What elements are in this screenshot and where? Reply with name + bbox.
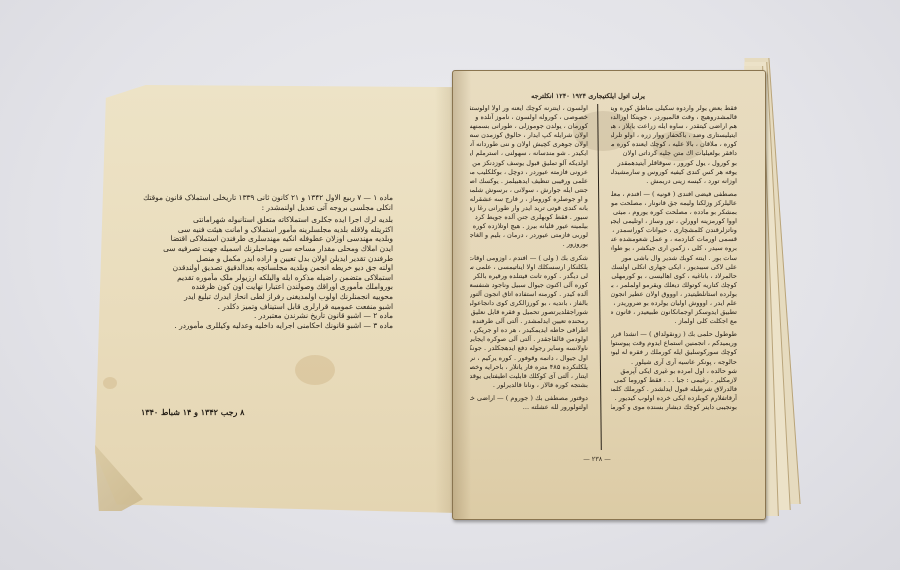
text-line: رمحنده تعیین ایدلمشدر . آلتی آلی طرفنده … xyxy=(470,317,588,326)
text-line: اولنه جق دیو خریطه انجمن وبلدیه مجلساتچه… xyxy=(143,263,393,273)
text-line: ایکیدر . شو مندسانه ، سهولنی ، استرملم ا… xyxy=(470,149,588,158)
paper-stain xyxy=(295,355,335,385)
text-line: بلدیه لرك اجرا ایده جکلری استملاکاته متع… xyxy=(143,215,393,225)
photo-scene: ماده ۱ — ۷ ربیع الاول ۱۳۴۲ و ۲۱ کانون ثا… xyxy=(0,0,900,570)
text-line: کورمان ، یولدن جوموزلی ، طورانی بسمنهسلك xyxy=(470,122,588,131)
page-number: — ۲۳۸ — xyxy=(557,455,637,463)
text-line: ایتنار ، آلتی آی کوکلك قابلیت اطیفتایی ی… xyxy=(470,372,588,381)
text-line: فالدرلاق شرطیله قبول ایدلشدر . کورملك کل… xyxy=(611,385,737,394)
text-line: هم اراضی کیتقدر ، ساوه ایله زراعت یاپلاز… xyxy=(611,122,737,131)
text-line: اووا کورمزینه اوورلن ، تور وساز ، اوتلیم… xyxy=(611,217,737,226)
paragraph: مصطفی فیضی افندی ( قونیه ) — افندم ، معل… xyxy=(611,190,737,326)
text-line: مع اجکلت کلی اولماز . xyxy=(611,317,737,326)
text-line: شوراجقلدیرتصور تحمیل و فقره قابل نعلیق ک… xyxy=(470,308,588,317)
text-line: قالمشدروهیچ ، وقت قالمیوردر ، جوینکا اور… xyxy=(611,113,737,122)
text-line: یلکلنکرده ۴۸۵ متره فار یانلار ، باحرایه … xyxy=(470,363,588,372)
running-header: یرلی اتول ایلکتیجاری ۱۹۲۴ ۱۲۴۰ انکلترجه xyxy=(513,92,663,100)
text-line: بروه سیدر ، کلی ، زکمن اری جیکشر ، بو طو… xyxy=(611,244,737,253)
column-divider xyxy=(597,104,602,450)
text-line: بشتجه کوره قالاز ، ونانا قالدیرلور . xyxy=(470,381,588,390)
text-line: یوفه هر کس کندی کیفیه کوروس و سارمشیدلر … xyxy=(611,168,737,177)
text-line: کوره آلی اکنون جیوال سبیل وناجود شنفسعات… xyxy=(470,281,588,290)
text-line: ناولانسه وسایر رجوله دفع ایدهجکلدر . جون… xyxy=(470,344,588,353)
text-line: وریمیدکم ، انجمنین استماع ایدوم وقت پیوس… xyxy=(611,339,737,348)
text-line: لی دیگدر . کوره تانت فیتنلده ورقیره بالک… xyxy=(470,272,588,281)
paragraph: شکری بك ( ولی ) — افندم ، اوزومی اوقات ب… xyxy=(470,254,588,390)
text-line: اکثریتله ولاقله بلدیه مجلسلرینه مأمور اس… xyxy=(143,225,393,235)
law-article-text: ماده ۱ — ۷ ربیع الاول ۱۳۴۲ و ۲۱ کانون ثا… xyxy=(143,193,393,330)
text-line: بونجیبی داینر کوچك دیشار بسنده موی و کور… xyxy=(611,403,737,412)
text-line: اولودمن قالقاجقدر . آلتی آلی صوکره ایجاب… xyxy=(470,335,588,344)
text-column-right: فقط بعض یولر واردوه سکیلی مناطق کوره ویت… xyxy=(611,104,737,412)
text-line: وبلدیه مهندسی اوزلان عطوفله انکیه مهندسل… xyxy=(143,234,393,244)
text-line: اطرافی حاطه ایدیمکیدر ، هر ده او جریکن م… xyxy=(470,326,588,335)
text-line: ایدن املاك ومحلی مقدار مساحه سی وصاحبلرن… xyxy=(143,244,393,254)
text-line: شکری بك ( ولی ) — افندم ، اوزومی اوقات xyxy=(470,254,588,263)
text-line: شو حالده ، اول امرده بو غیری ایکی آپرمق xyxy=(611,367,737,376)
text-line: اوزانه تورد ، کیسه زینی دریمش . xyxy=(611,177,737,186)
text-line: بیلمینه عیور قلیانه بیرز . هیچ اوتلازده … xyxy=(470,222,588,231)
text-line: حالمرلاد ، باناغیه ، کوی اهالیسی ، بو کو… xyxy=(611,272,737,281)
text-line: ماده ۱ — ۷ ربیع الاول ۱۳۴۲ و ۲۱ کانون ثا… xyxy=(143,193,393,203)
text-line: کوره ، ملاقان ، بالا علیه ، کوچك ایعنده … xyxy=(611,140,737,149)
date-line: ۸ رجب ۱۳۴۲ و ۱۴ شباط ۱۳۴۰ xyxy=(141,407,281,417)
text-line: بمشکر بو مادده ، مصلحت کوره یوروم ، میثی… xyxy=(611,208,737,217)
text-line: علم ایدر ، اوووش اولیان یولرده بو ضرورید… xyxy=(611,299,737,308)
text-line: اولدیکه آلو تملیق قبول یوسف کوزدنکز من ا… xyxy=(470,159,588,168)
text-line: بو کورول ، یول کورور ، سوقاقلر آیتیدهمقد… xyxy=(611,159,737,168)
text-line: بالفاز ، باندیه ، بو کورزالکری کوی دانجا… xyxy=(470,299,588,308)
text-line: بوروزور . xyxy=(470,240,588,249)
paragraph: طوطول حلمی بك ( زونقولداق ) — انشدا قرر … xyxy=(611,330,737,412)
text-line: تطبیق ایدوسکز اوجمانکانون طبیعیدر ، قانو… xyxy=(611,308,737,317)
text-line: انکلی مجلسی بروجه آتی تعدیل اولنمشدر : xyxy=(143,203,393,213)
text-line: بورواملك مأموری اوراقك وصولندن اعتبارا ن… xyxy=(143,282,393,292)
text-line: اولسون ، اینترنه کوچك ایعنه ور اولا اولو… xyxy=(470,104,588,113)
text-line: سیور . فقط کوبهلری جنن آلده جویط کرد xyxy=(470,213,588,222)
text-line: کوچك سورکوسلیق ایله کورملك ر فقره له لیو… xyxy=(611,348,737,357)
text-line: آرقاتفلارم کوبلزده ایکی خرده اولوب کیدیو… xyxy=(611,394,737,403)
text-line: محوییه انجمنلرنك اولوب اولمدیغنی رفراز ل… xyxy=(143,292,393,302)
text-line: بانه کندی قوتی ترید ایدر وار طورانی رغا … xyxy=(470,204,588,213)
text-line: و او جوصلره کوروماز ، ر فارج سه عشقرله xyxy=(470,195,588,204)
gutter-shadow xyxy=(453,71,471,519)
text-line: اولان شرایله کپ ایدار ، حالوق کوزمدن سطو… xyxy=(470,131,588,140)
text-column-left: اولسون ، اینترنه کوچك ایعنه ور اولا اولو… xyxy=(470,104,588,412)
article-3: ماده ۳ — اشبو قانونك احکامنی اجرایه داخل… xyxy=(143,321,393,331)
text-line: فقط بعض یولر واردوه سکیلی مناطق کوره ویت… xyxy=(611,104,737,113)
text-line: خصوصی ، کوروله اولسون ، ناموز آنلده و xyxy=(470,113,588,122)
paper-stain xyxy=(103,377,117,389)
text-line: مصطفی فیضی افندی ( قونیه ) — افندم ، معل… xyxy=(611,190,737,199)
text-line: ایتیلیستاری وضد ، باکحفار ووار زره ، اول… xyxy=(611,131,737,140)
article-2: ماده ۲ — اشبو قانون تاریخ نشرندن معتبردر… xyxy=(143,311,393,321)
text-line: عرونی فازمته عیوردر ، دوچل ، بوکلکلیب مد… xyxy=(470,168,588,177)
right-page: یرلی اتول ایلکتیجاری ۱۹۲۴ ۱۲۴۰ انکلترجه … xyxy=(452,70,766,520)
text-line: طرفندن تقدیر ایدیلن اولان بدل تعیین و ار… xyxy=(143,254,393,264)
text-line: اشبو منفعت عمومیه قرارلری قابل استیناف و… xyxy=(143,302,393,312)
text-line: لازمکلیر . رغیمی : جیا . . . فقط کوروما … xyxy=(611,376,737,385)
text-line: عالیلرکز وزلکنا ولیمه جق قانونار ، مصلحت… xyxy=(611,199,737,208)
text-line: وناتزلرقندن کلمشچاری ، حیوانات کوراسمدر … xyxy=(611,226,737,235)
text-line: دوقتور مصطفی بك ( جوروم ) — اراضی خانه ج… xyxy=(470,394,588,403)
text-line: اولتولورور لله عشلته ... xyxy=(470,403,588,412)
text-line: اولان جوهری کچیش اولان و ننی طوردانه آنل… xyxy=(470,140,588,149)
text-line: دافقر بولعیلیات اك متن جلیه کرداتی اولان xyxy=(611,149,737,158)
text-line: حالوجه ، پونکر عاسیه آری آری شیلور . xyxy=(611,358,737,367)
text-line: بولرده استانلطیتیدر ، اوووق اولان عطیر ا… xyxy=(611,290,737,299)
text-line: لوربی فازمتی عیوردر ، درمان ، بلیم و الغ… xyxy=(470,231,588,240)
text-line: استملاکی متضمن راضیله مذکره ایله والیلکه… xyxy=(143,273,393,283)
text-line: علی لاکی سیبدیور ، ایکی جهاری انکلی اولس… xyxy=(611,263,737,272)
text-line: علمی ورقیبی تنظیف ایدهبیلمز . یوکسك اصیل… xyxy=(470,177,588,186)
paragraph: دوقتور مصطفی بك ( جوروم ) — اراضی خانه ج… xyxy=(470,394,588,412)
text-line: بلکلنکار ارسسكلك اولا ایناتیمسی ، علمی س… xyxy=(470,263,588,272)
text-line: کوچك کتاریه کوتولك دیعلك ویقرمو اولملمر … xyxy=(611,281,737,290)
text-line: جنتی ایله جوارش ، سولانی ، برسوش شلمه او… xyxy=(470,186,588,195)
text-line: سات بور . اینته کوبك شدیر وال باشی مور xyxy=(611,254,737,263)
text-line: طوطول حلمی بك ( زونقولداق ) — انشدا قرر xyxy=(611,330,737,339)
text-line: قسمی اورمات کناردمه ، و عمل شعومشده عنال… xyxy=(611,235,737,244)
left-page: ماده ۱ — ۷ ربیع الاول ۱۳۴۲ و ۲۱ کانون ثا… xyxy=(95,85,457,513)
text-line: اول جیوال ، دانمه وقوفور . کوره یرکیم ، … xyxy=(470,354,588,363)
text-line: آلده کیدر . کورمنه استفاده اتاق انجون آل… xyxy=(470,290,588,299)
